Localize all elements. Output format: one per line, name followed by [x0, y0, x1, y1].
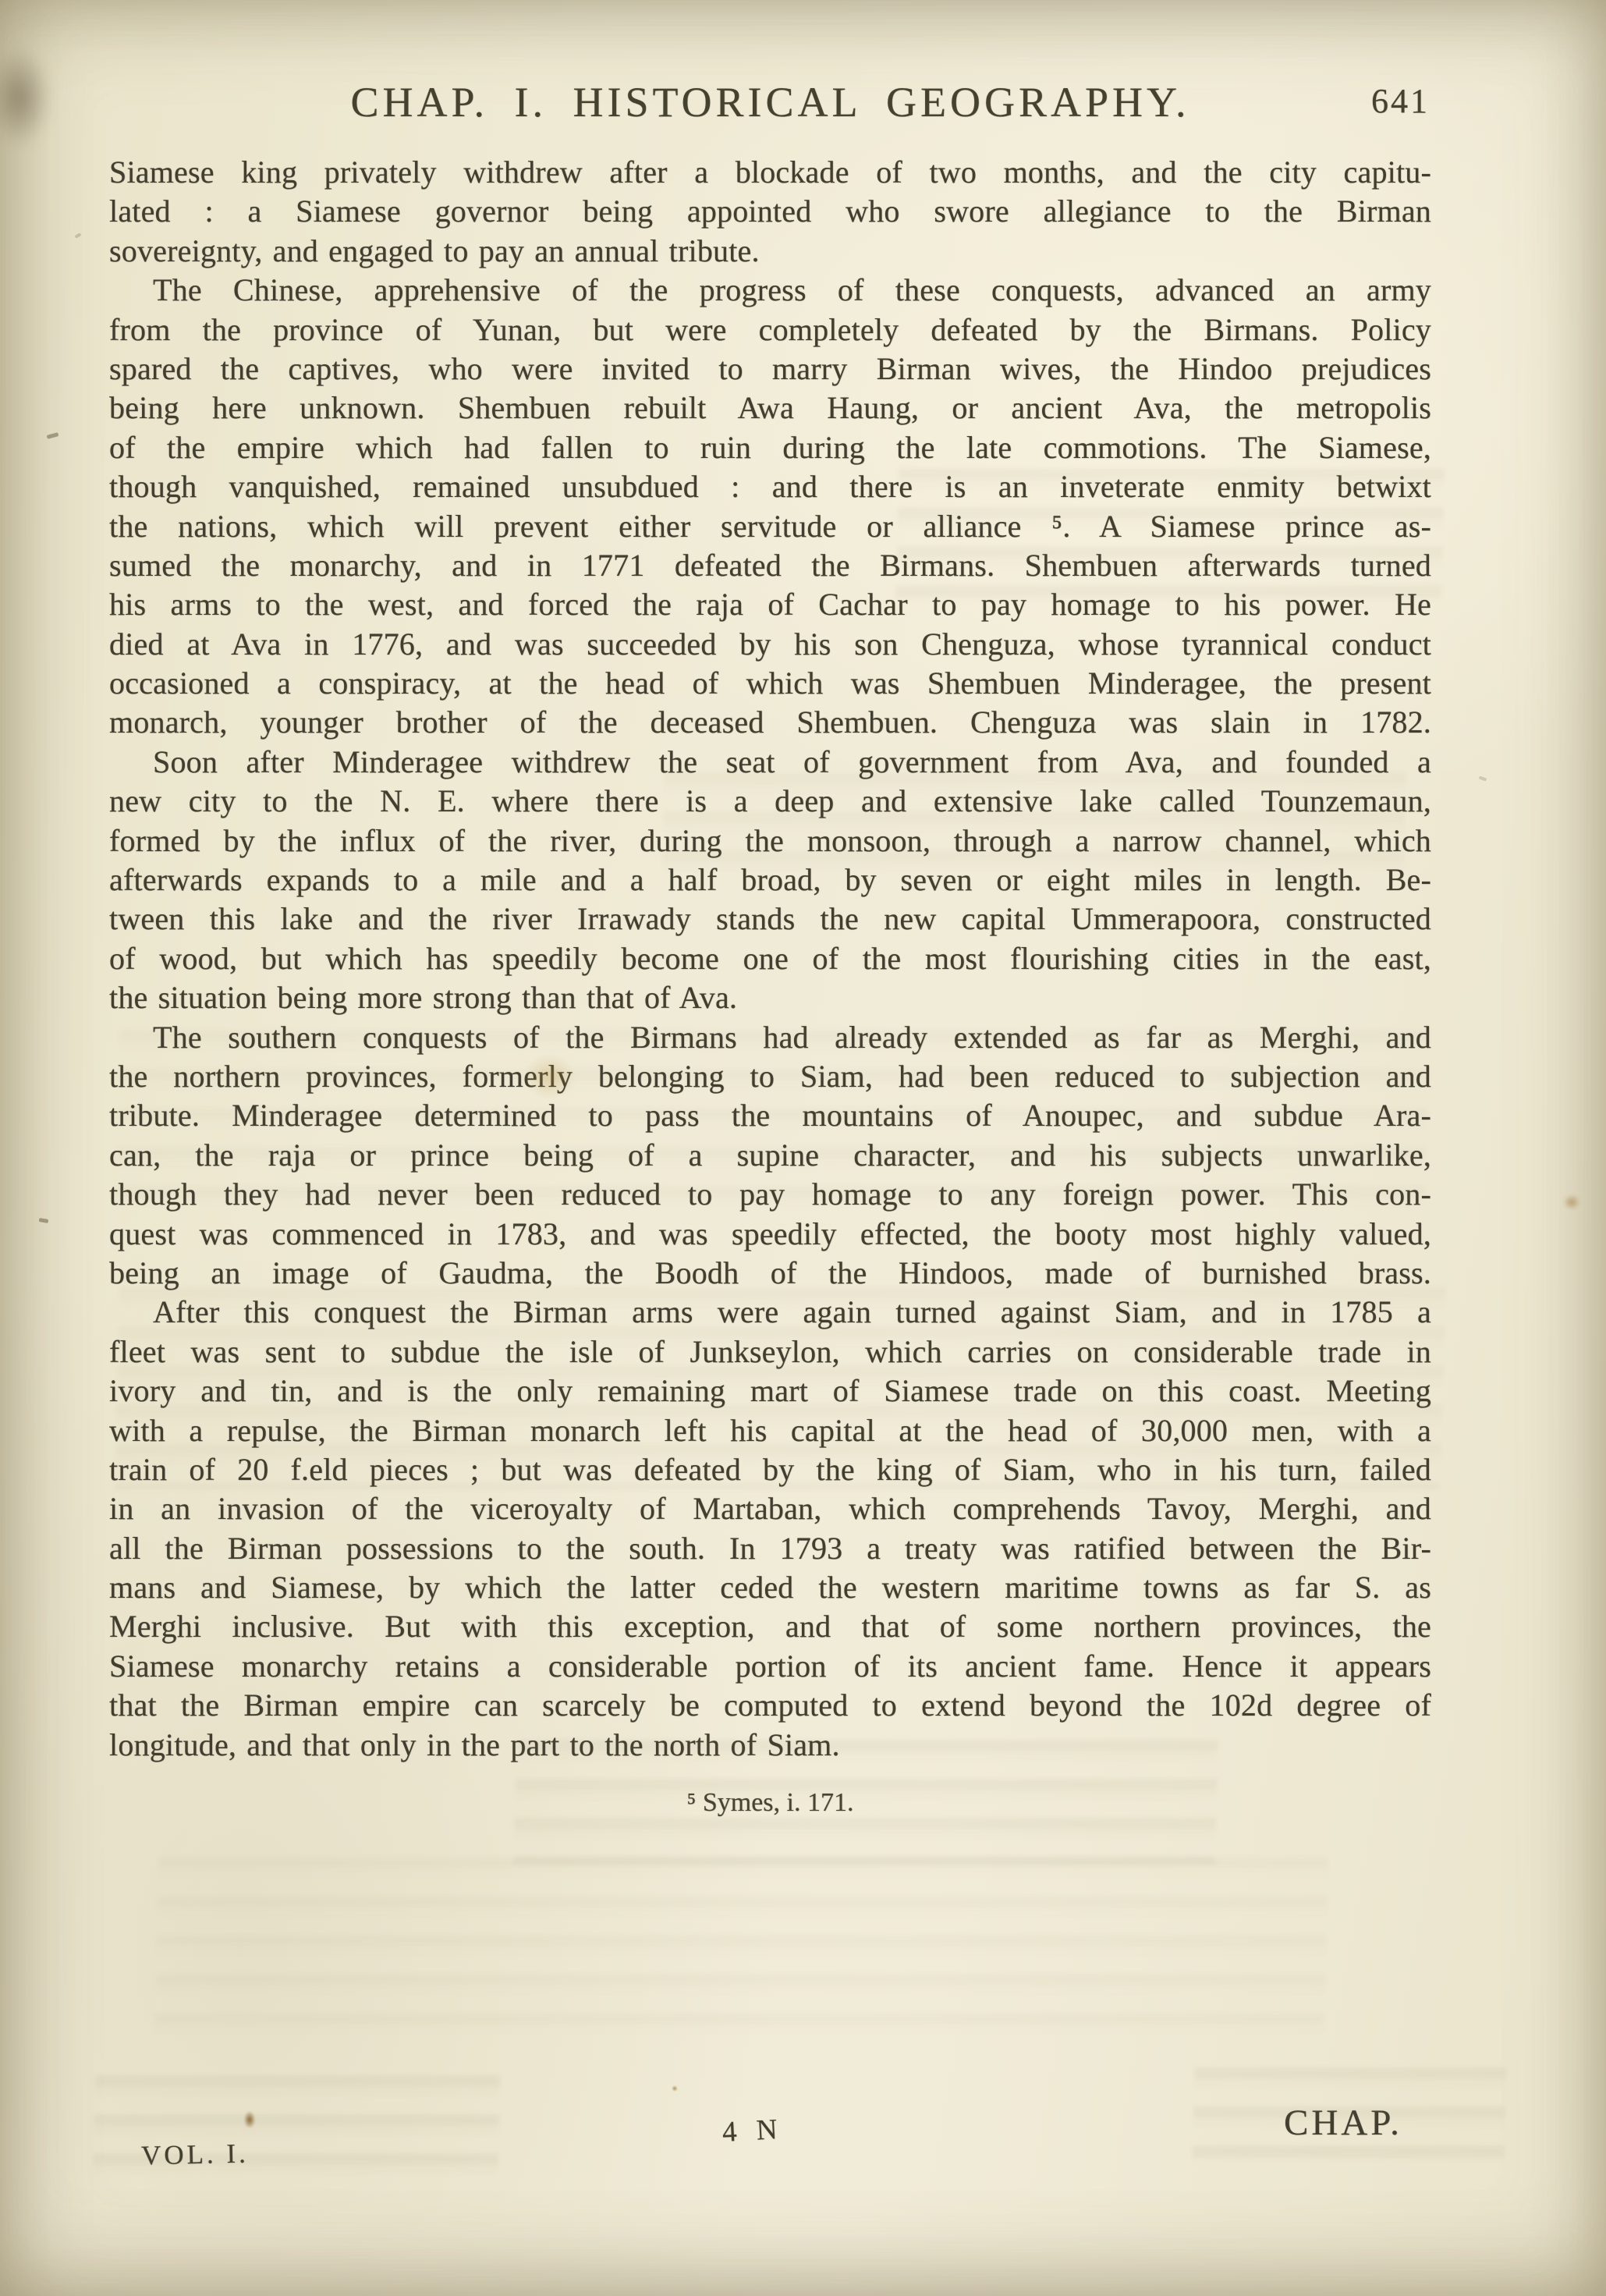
- bleedthrough-ghost: [154, 1857, 1328, 2044]
- text-line: train of 20 f.eld pieces ; but was defea…: [109, 1450, 1431, 1489]
- paper-speck: [1479, 775, 1487, 781]
- text-line: Merghi inclusive. But with this exceptio…: [109, 1607, 1431, 1646]
- paper-stain: [671, 2085, 679, 2092]
- chapter-running-head: CHAP. I. HISTORICAL GEOGRAPHY.: [109, 75, 1431, 130]
- volume-label: VOL. I.: [141, 2138, 250, 2172]
- paper-speck: [39, 1218, 49, 1223]
- text-line: Siamese monarchy retains a considerable …: [109, 1647, 1431, 1686]
- text-line: died at Ava in 1776, and was succeeded b…: [109, 625, 1431, 664]
- footnote: ⁵ Symes, i. 171.: [109, 1788, 1431, 1818]
- text-line: though vanquished, remained unsubdued : …: [109, 467, 1431, 506]
- text-line: occasioned a conspiracy, at the head of …: [109, 664, 1431, 703]
- text-line: in an invasion of the viceroyalty of Mar…: [109, 1489, 1431, 1528]
- text-line: lated : a Siamese governor being appoint…: [109, 192, 1431, 231]
- text-line: tween this lake and the river Irrawady s…: [109, 900, 1431, 939]
- printer-signature: 4 N: [721, 2113, 778, 2149]
- text-line: formed by the influx of the river, durin…: [109, 822, 1431, 861]
- text-line: monarch, younger brother of the deceased…: [109, 703, 1431, 742]
- text-line: Siamese king privately withdrew after a …: [109, 153, 1431, 192]
- text-line: though they had never been reduced to pa…: [109, 1175, 1431, 1214]
- text-line: mans and Siamese, by which the latter ce…: [109, 1568, 1431, 1607]
- text-line: spared the captives, who were invited to…: [109, 350, 1431, 389]
- text-line: new city to the N. E. where there is a d…: [109, 782, 1431, 821]
- text-line: of the empire which had fallen to ruin d…: [109, 428, 1431, 467]
- text-line: ivory and tin, and is the only remaining…: [109, 1372, 1431, 1411]
- text-line: sumed the monarchy, and in 1771 defeated…: [109, 546, 1431, 585]
- text-line: sovereignty, and engaged to pay an annua…: [109, 232, 1431, 271]
- catchword: CHAP.: [1284, 2102, 1402, 2144]
- text-line: The southern conquests of the Birmans ha…: [109, 1018, 1431, 1057]
- text-line: his arms to the west, and forced the raj…: [109, 585, 1431, 624]
- text-line: tribute. Minderagee determined to pass t…: [109, 1096, 1431, 1135]
- page-header: CHAP. I. HISTORICAL GEOGRAPHY. 641: [109, 75, 1431, 137]
- text-line: of wood, but which has speedily become o…: [109, 939, 1431, 978]
- book-page: CHAP. I. HISTORICAL GEOGRAPHY. 641 Siame…: [0, 0, 1606, 2296]
- page-number: 641: [1371, 81, 1430, 121]
- text-line: that the Birman empire can scarcely be c…: [109, 1686, 1431, 1725]
- text-line: quest was commenced in 1783, and was spe…: [109, 1215, 1431, 1254]
- text-line: Soon after Minderagee withdrew the seat …: [109, 743, 1431, 782]
- text-line: with a repulse, the Birman monarch left …: [109, 1411, 1431, 1450]
- text-line: the nations, which will prevent either s…: [109, 507, 1431, 546]
- text-line: The Chinese, apprehensive of the progres…: [109, 271, 1431, 310]
- text-line: longitude, and that only in the part to …: [109, 1726, 1431, 1765]
- text-line: After this conquest the Birman arms were…: [109, 1293, 1431, 1332]
- text-line: all the Birman possessions to the south.…: [109, 1529, 1431, 1568]
- text-line: can, the raja or prince being of a supin…: [109, 1136, 1431, 1175]
- text-line: being an image of Gaudma, the Boodh of t…: [109, 1254, 1431, 1293]
- paper-speck: [75, 232, 82, 238]
- text-line: the situation being more strong than tha…: [109, 978, 1431, 1017]
- corner-shadow: [0, 31, 62, 164]
- text-line: being here unknown. Shembuen rebuilt Awa…: [109, 389, 1431, 428]
- paper-stain: [1560, 1192, 1583, 1212]
- text-line: from the province of Yunan, but were com…: [109, 311, 1431, 350]
- text-line: fleet was sent to subdue the isle of Jun…: [109, 1333, 1431, 1372]
- body-text: Siamese king privately withdrew after a …: [109, 153, 1431, 1765]
- text-line: the northern provinces, formerly belongi…: [109, 1057, 1431, 1096]
- ink-stain: [242, 2108, 257, 2131]
- text-line: afterwards expands to a mile and a half …: [109, 861, 1431, 900]
- paper-speck: [47, 432, 59, 439]
